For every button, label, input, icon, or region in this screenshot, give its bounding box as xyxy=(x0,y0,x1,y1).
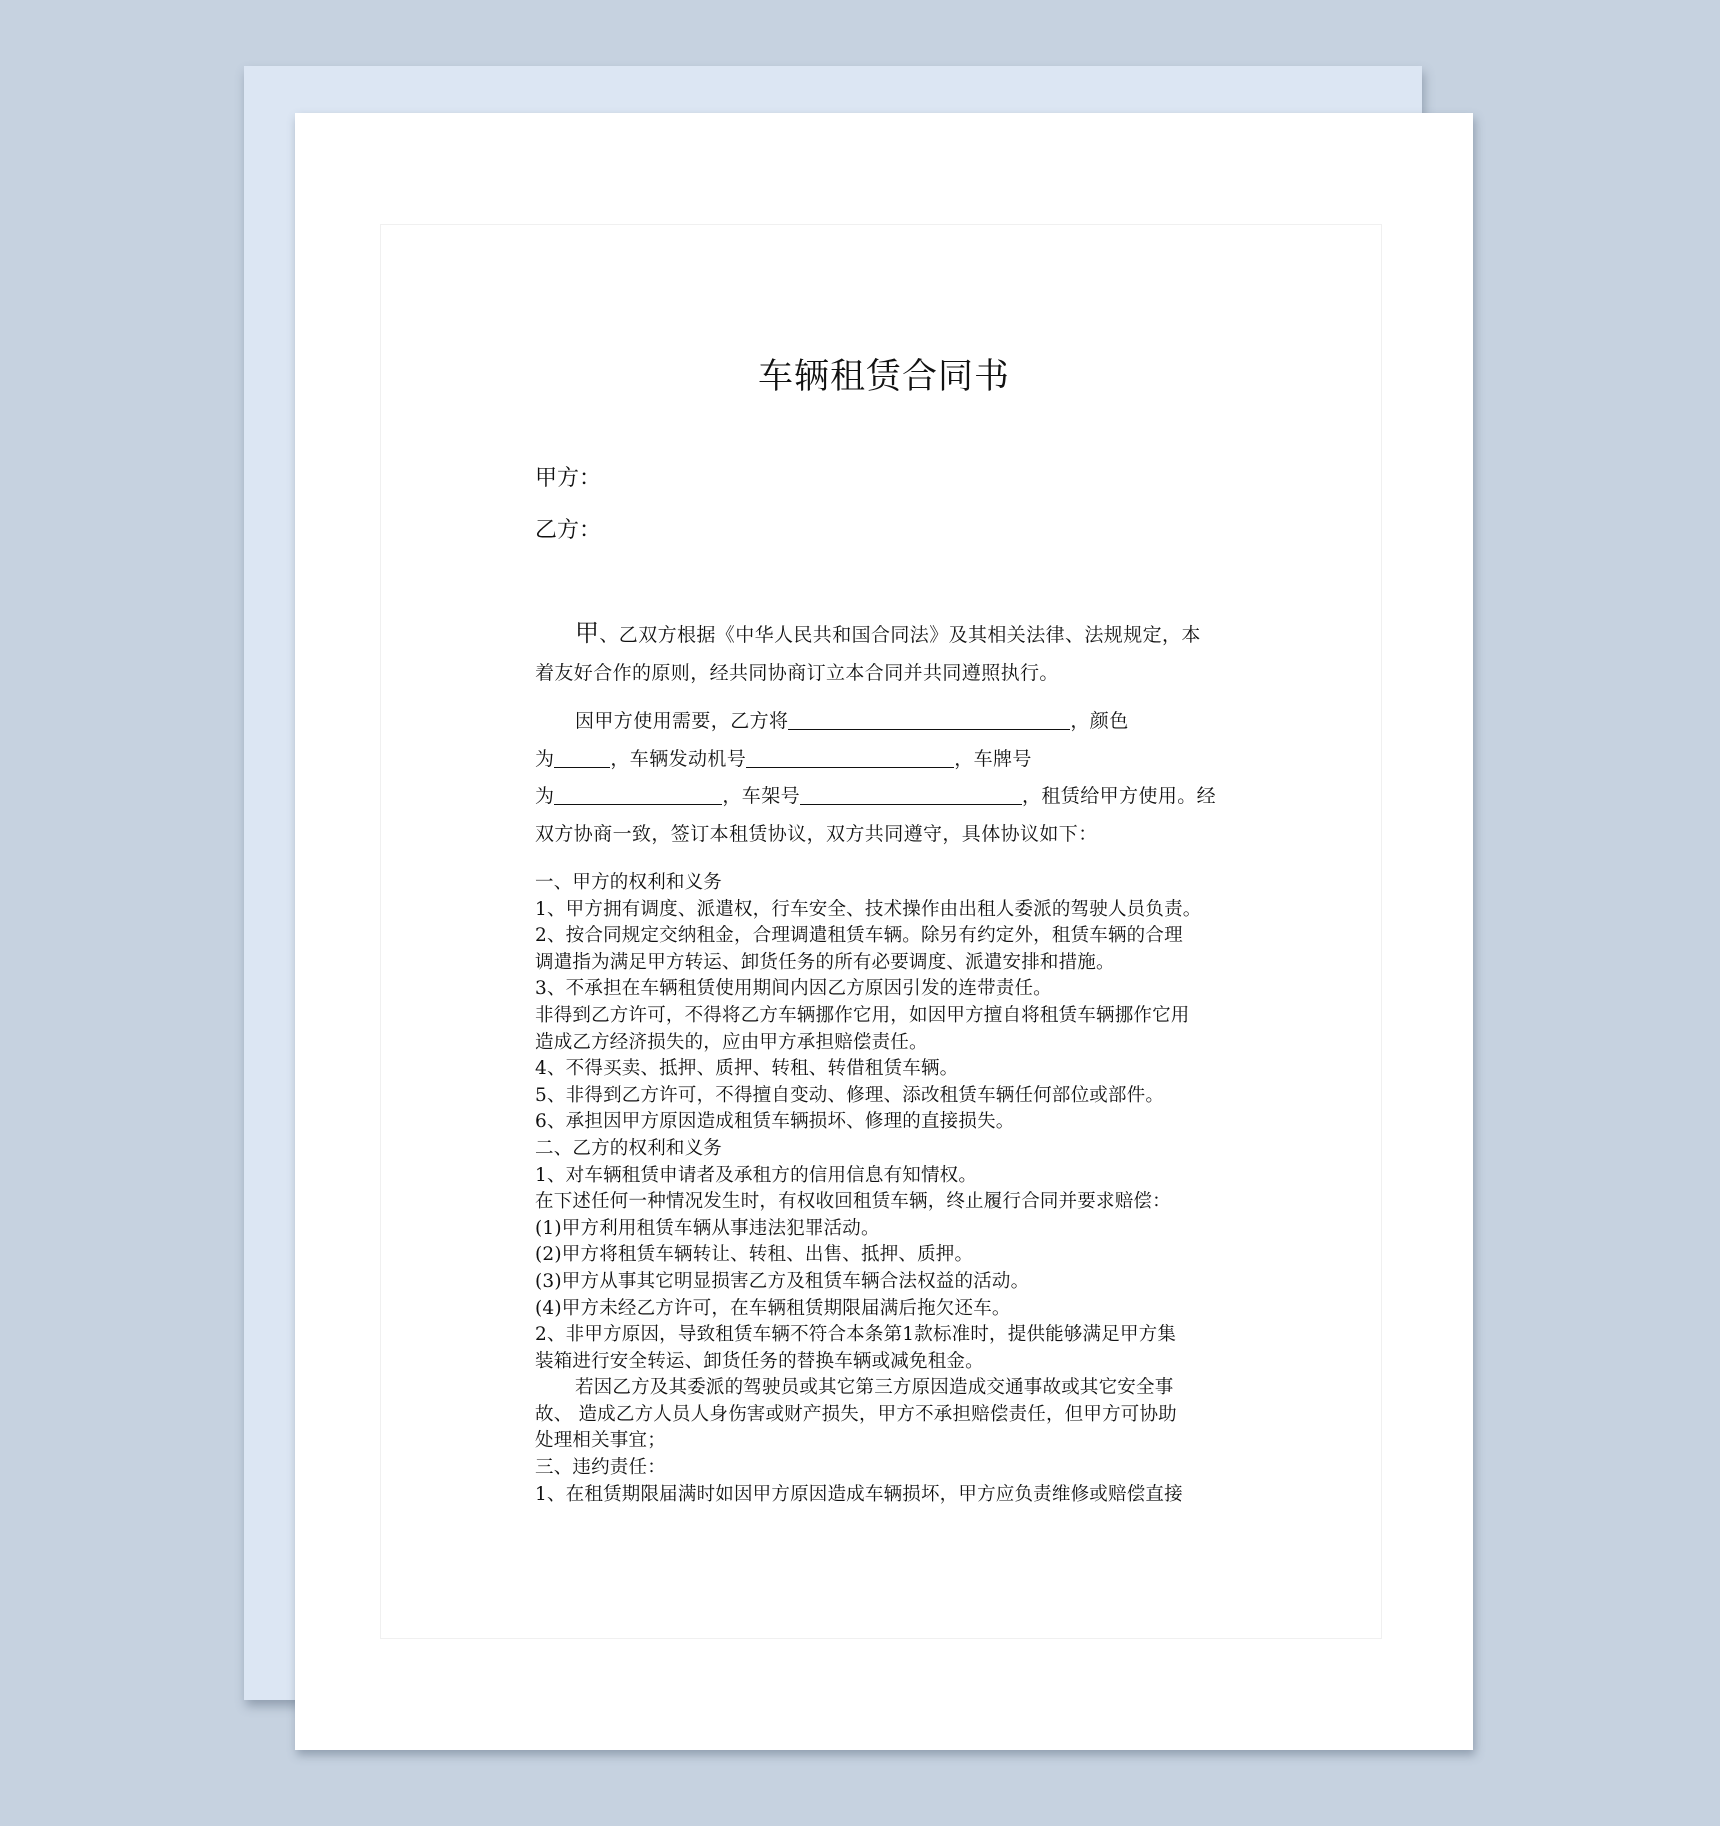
color-blank[interactable] xyxy=(554,747,610,768)
clause-line: (3)甲方从事其它明显损害乙方及租赁车辆合法权益的活动。 xyxy=(535,1269,1241,1296)
clause-line: 故、 造成乙方人员人身伤害或财产损失，甲方不承担赔偿责任，但甲方可协助 xyxy=(535,1402,1241,1429)
clause-line: 二、乙方的权利和义务 xyxy=(535,1136,1241,1163)
clause-line: 在下述任何一种情况发生时，有权收回租赁车辆，终止履行合同并要求赔偿： xyxy=(535,1189,1241,1216)
document-title: 车辆租赁合同书 xyxy=(295,349,1473,399)
intro-line-1-text: 、乙双方根据《中华人民共和国合同法》及其相关法律、法规规定，本 xyxy=(599,624,1200,646)
clause-line: 6、承担因甲方原因造成租赁车辆损坏、修理的直接损失。 xyxy=(535,1109,1241,1136)
intro-line-1: 甲、乙双方根据《中华人民共和国合同法》及其相关法律、法规规定，本 xyxy=(535,615,1237,655)
vehicle-line-3-prefix: 为 xyxy=(535,785,554,807)
party-a-label: 甲方： xyxy=(535,461,601,492)
vehicle-line-3: 为，车架号，租赁给甲方使用。经 xyxy=(535,778,1237,816)
vehicle-line-2-mid: ，车辆发动机号 xyxy=(610,748,746,770)
vehicle-line-1: 因甲方使用需要，乙方将，颜色 xyxy=(535,703,1237,741)
intro-paragraph: 甲、乙双方根据《中华人民共和国合同法》及其相关法律、法规规定，本 着友好合作的原… xyxy=(535,615,1237,692)
clause-line: (1)甲方利用租赁车辆从事违法犯罪活动。 xyxy=(535,1216,1241,1243)
vehicle-model-blank[interactable] xyxy=(788,709,1070,730)
engine-number-blank[interactable] xyxy=(746,747,954,768)
clause-line: 4、不得买卖、抵押、质押、转租、转借租赁车辆。 xyxy=(535,1056,1241,1083)
vehicle-line-3-suffix: ，租赁给甲方使用。经 xyxy=(1022,785,1216,807)
clause-line: (4)甲方未经乙方许可，在车辆租赁期限届满后拖欠还车。 xyxy=(535,1296,1241,1323)
clause-line: 非得到乙方许可，不得将乙方车辆挪作它用，如因甲方擅自将租赁车辆挪作它用 xyxy=(535,1003,1241,1030)
clause-line: 1、对车辆租赁申请者及承租方的信用信息有知情权。 xyxy=(535,1163,1241,1190)
vehicle-paragraph: 因甲方使用需要，乙方将，颜色 为，车辆发动机号，车牌号 为，车架号，租赁给甲方使… xyxy=(535,703,1237,853)
clause-line: 1、在租赁期限届满时如因甲方原因造成车辆损坏，甲方应负责维修或赔偿直接 xyxy=(535,1482,1241,1509)
clause-line: 2、非甲方原因，导致租赁车辆不符合本条第1款标准时，提供能够满足甲方集 xyxy=(535,1322,1241,1349)
clause-line: 造成乙方经济损失的，应由甲方承担赔偿责任。 xyxy=(535,1030,1241,1057)
clause-line: 调遣指为满足甲方转运、卸货任务的所有必要调度、派遣安排和措施。 xyxy=(535,950,1241,977)
front-page-sheet: 车辆租赁合同书 甲方： 乙方： 甲、乙双方根据《中华人民共和国合同法》及其相关法… xyxy=(295,113,1473,1750)
intro-first-char: 甲 xyxy=(575,619,599,647)
clause-line: 5、非得到乙方许可，不得擅自变动、修理、添改租赁车辆任何部位或部件。 xyxy=(535,1083,1241,1110)
intro-line-2: 着友好合作的原则，经共同协商订立本合同并共同遵照执行。 xyxy=(535,655,1237,693)
frame-number-blank[interactable] xyxy=(800,784,1022,805)
clause-line: 一、甲方的权利和义务 xyxy=(535,870,1241,897)
clause-line: 若因乙方及其委派的驾驶员或其它第三方原因造成交通事故或其它安全事 xyxy=(535,1375,1241,1402)
clause-line: 三、违约责任： xyxy=(535,1455,1241,1482)
vehicle-line-1-prefix: 因甲方使用需要，乙方将 xyxy=(575,710,788,732)
clauses-section: 一、甲方的权利和义务 1、甲方拥有调度、派遣权，行车安全、技术操作由出租人委派的… xyxy=(535,870,1241,1508)
vehicle-line-2-suffix: ，车牌号 xyxy=(954,748,1032,770)
party-b-label: 乙方： xyxy=(535,513,601,544)
vehicle-line-3-mid: ，车架号 xyxy=(722,785,800,807)
clause-line: 3、不承担在车辆租赁使用期间内因乙方原因引发的连带责任。 xyxy=(535,976,1241,1003)
clause-line: (2)甲方将租赁车辆转让、转租、出售、抵押、质押。 xyxy=(535,1242,1241,1269)
vehicle-line-4: 双方协商一致，签订本租赁协议，双方共同遵守，具体协议如下： xyxy=(535,816,1237,854)
vehicle-line-1-suffix: ，颜色 xyxy=(1070,710,1128,732)
clause-line: 2、按合同规定交纳租金，合理调遣租赁车辆。除另有约定外，租赁车辆的合理 xyxy=(535,923,1241,950)
clause-line: 1、甲方拥有调度、派遣权，行车安全、技术操作由出租人委派的驾驶人员负责。 xyxy=(535,897,1241,924)
clause-line: 装箱进行安全转运、卸货任务的替换车辆或减免租金。 xyxy=(535,1349,1241,1376)
vehicle-line-2-prefix: 为 xyxy=(535,748,554,770)
vehicle-line-2: 为，车辆发动机号，车牌号 xyxy=(535,741,1237,779)
clause-line: 处理相关事宜； xyxy=(535,1428,1241,1455)
plate-number-blank[interactable] xyxy=(554,784,722,805)
